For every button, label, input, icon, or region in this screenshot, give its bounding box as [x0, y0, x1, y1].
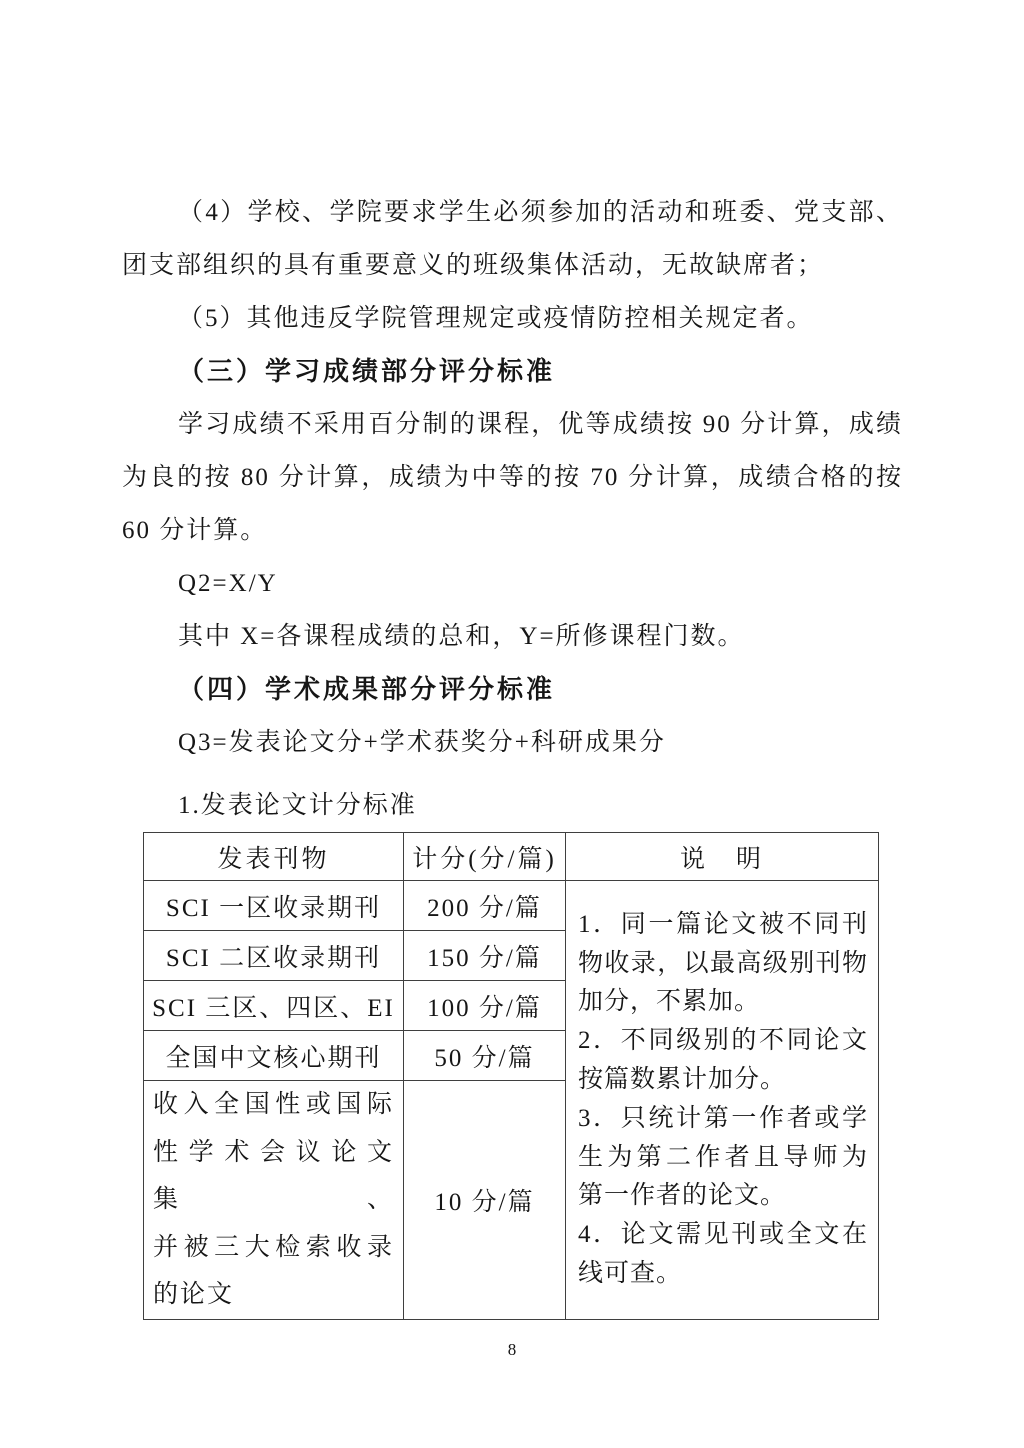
table-row: SCI 一区收录期刊 200 分/篇 1．同一篇论文被不同刊 物收录，以最高级别…: [144, 881, 879, 931]
note-line: 线可查。: [566, 1255, 878, 1294]
text-line: 1.发表论文计分标准: [122, 779, 903, 832]
text-line: Q3=发表论文分+学术获奖分+科研成果分: [122, 716, 903, 769]
header-score: 计分(分/篇): [404, 833, 566, 881]
cell-publication: SCI 一区收录期刊: [144, 881, 404, 931]
text-line: （四）学术成果部分评分标准: [122, 663, 903, 716]
text-line: Q2=X/Y: [122, 557, 903, 610]
note-line: 生为第二作者且导师为: [566, 1139, 878, 1178]
notes-cell: 1．同一篇论文被不同刊 物收录，以最高级别刊物 加分，不累加。 2．不同级别的不…: [566, 881, 879, 1320]
cell-score: 10 分/篇: [404, 1081, 566, 1320]
header-publication: 发表刊物: [144, 833, 404, 881]
note-line: 1．同一篇论文被不同刊: [566, 906, 878, 945]
paragraph-item-4: （4）学校、学院要求学生必须参加的活动和班委、党支部、 团支部组织的具有重要意义…: [122, 186, 903, 292]
formula-q3: Q3=发表论文分+学术获奖分+科研成果分: [122, 716, 903, 769]
cell-score: 100 分/篇: [404, 981, 566, 1031]
note-line: 第一作者的论文。: [566, 1177, 878, 1216]
publication-score-table: 发表刊物 计分(分/篇) 说 明 SCI 一区收录期刊 200 分/篇 1．同一…: [143, 832, 879, 1320]
text-line: （5）其他违反学院管理规定或疫情防控相关规定者。: [122, 292, 903, 345]
text-line: 收入全国性或国际: [144, 1081, 403, 1129]
note-line: 2．不同级别的不同论文: [566, 1022, 878, 1061]
text-line: 的论文: [144, 1271, 403, 1319]
text-line: （三）学习成绩部分评分标准: [122, 345, 903, 398]
section-heading-4: （四）学术成果部分评分标准: [122, 663, 903, 716]
subsection-title-paper-scoring: 1.发表论文计分标准: [122, 779, 903, 832]
text-line: （4）学校、学院要求学生必须参加的活动和班委、党支部、: [122, 186, 903, 239]
document-page: （4）学校、学院要求学生必须参加的活动和班委、党支部、 团支部组织的具有重要意义…: [0, 0, 1024, 1448]
cell-publication: 全国中文核心期刊: [144, 1031, 404, 1081]
header-notes: 说 明: [566, 833, 879, 881]
table-header-row: 发表刊物 计分(分/篇) 说 明: [144, 833, 879, 881]
document-body: （4）学校、学院要求学生必须参加的活动和班委、党支部、 团支部组织的具有重要意义…: [122, 186, 903, 1320]
note-line: 加分，不累加。: [566, 983, 878, 1022]
text-line: 并被三大检索收录: [144, 1224, 403, 1272]
note-line: 4．论文需见刊或全文在: [566, 1216, 878, 1255]
text-line: 学习成绩不采用百分制的课程，优等成绩按 90 分计算，成绩: [122, 398, 903, 451]
cell-score: 200 分/篇: [404, 881, 566, 931]
note-line: 按篇数累计加分。: [566, 1061, 878, 1100]
note-line: 物收录，以最高级别刊物: [566, 945, 878, 984]
paragraph-grading-rule: 学习成绩不采用百分制的课程，优等成绩按 90 分计算，成绩 为良的按 80 分计…: [122, 398, 903, 557]
text-line: 性学术会议论文集、: [144, 1129, 403, 1224]
text-line: 为良的按 80 分计算，成绩为中等的按 70 分计算，成绩合格的按: [122, 451, 903, 504]
paragraph-item-5: （5）其他违反学院管理规定或疫情防控相关规定者。: [122, 292, 903, 345]
cell-publication: SCI 二区收录期刊: [144, 931, 404, 981]
cell-publication: 收入全国性或国际 性学术会议论文集、 并被三大检索收录 的论文: [144, 1081, 404, 1320]
cell-publication: SCI 三区、四区、EI: [144, 981, 404, 1031]
text-line: 团支部组织的具有重要意义的班级集体活动，无故缺席者；: [122, 239, 903, 292]
cell-score: 150 分/篇: [404, 931, 566, 981]
formula-q2: Q2=X/Y: [122, 557, 903, 610]
page-number: 8: [0, 1340, 1024, 1360]
section-heading-3: （三）学习成绩部分评分标准: [122, 345, 903, 398]
cell-score: 50 分/篇: [404, 1031, 566, 1081]
text-line: 60 分计算。: [122, 504, 903, 557]
note-line: 3．只统计第一作者或学: [566, 1100, 878, 1139]
formula-q2-explanation: 其中 X=各课程成绩的总和，Y=所修课程门数。: [122, 610, 903, 663]
text-line: 其中 X=各课程成绩的总和，Y=所修课程门数。: [122, 610, 903, 663]
